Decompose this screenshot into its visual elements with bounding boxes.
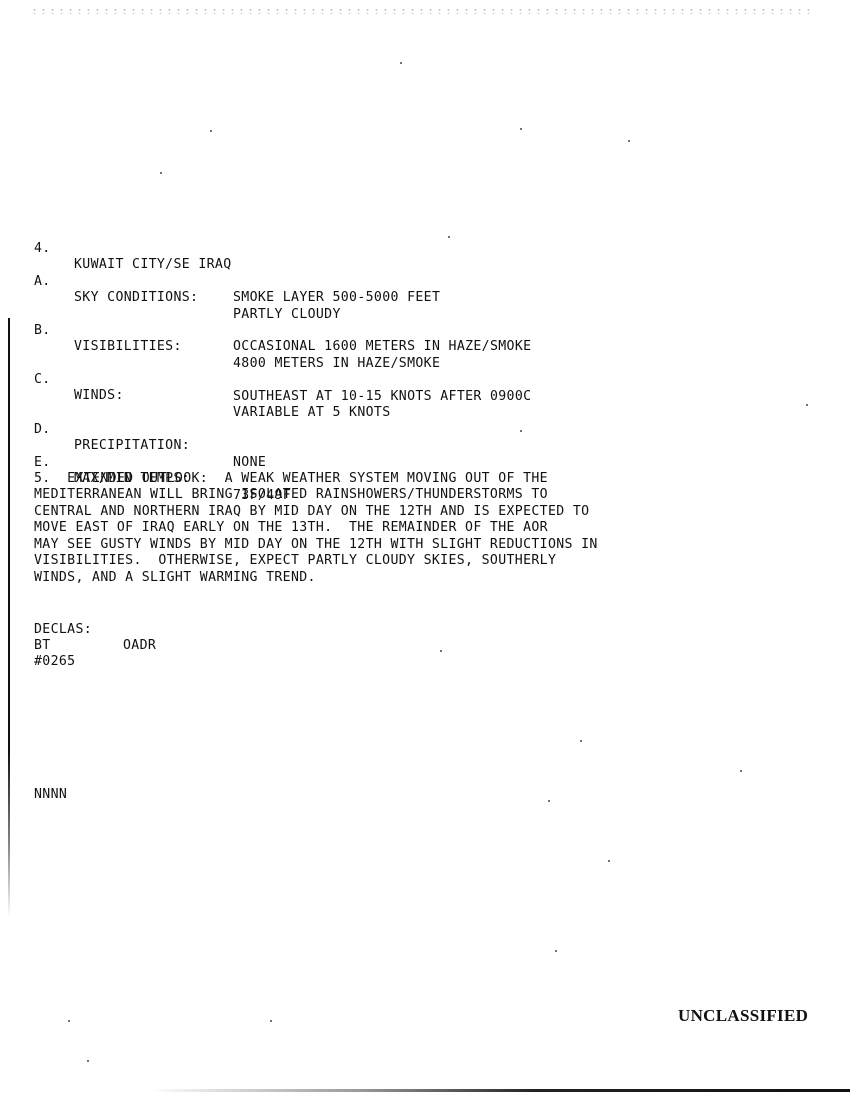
scan-noise	[30, 8, 810, 14]
declas-value: OADR	[123, 638, 156, 655]
bottom-scan-edge	[150, 1089, 850, 1092]
item-value: SOUTHEAST AT 10-15 KNOTS AFTER 0900C	[233, 389, 531, 406]
scan-speck	[520, 430, 522, 432]
item-value: SMOKE LAYER 500-5000 FEET	[233, 290, 440, 307]
break-marker: BT	[34, 638, 51, 655]
scan-speck	[580, 740, 582, 742]
outlook-line: 5. EXTENDED OUTLOOK: A WEAK WEATHER SYST…	[34, 471, 548, 488]
outlook-line: MEDITERRANEAN WILL BRING ISOLATED RAINSH…	[34, 487, 548, 504]
scan-speck	[440, 650, 442, 652]
scan-speck	[555, 950, 557, 952]
scan-speck	[806, 404, 808, 406]
scan-speck	[608, 860, 610, 862]
scan-speck	[68, 1020, 70, 1022]
item-letter: D.	[34, 422, 51, 439]
item-value: OCCASIONAL 1600 METERS IN HAZE/SMOKE	[233, 339, 531, 356]
scan-speck	[740, 770, 742, 772]
classification-marking: UNCLASSIFIED	[678, 1006, 808, 1026]
outlook-line: MAY SEE GUSTY WINDS BY MID DAY ON THE 12…	[34, 537, 598, 554]
declas-label: DECLAS:	[34, 622, 92, 639]
scan-speck	[548, 800, 550, 802]
declassification-line: DECLAS: OADR	[0, 605, 856, 671]
outlook-line: VISIBILITIES. OTHERWISE, EXPECT PARTLY C…	[34, 553, 556, 570]
end-of-message: NNNN	[34, 787, 67, 804]
message-number: #0265	[34, 654, 75, 671]
outlook-line: WINDS, AND A SLIGHT WARMING TREND.	[34, 570, 316, 587]
section-number: 4.	[34, 241, 51, 258]
scan-speck	[448, 236, 450, 238]
item-letter: E.	[34, 455, 51, 472]
scan-speck	[400, 62, 402, 64]
outlook-line: CENTRAL AND NORTHERN IRAQ BY MID DAY ON …	[34, 504, 589, 521]
outlook-line: MOVE EAST OF IRAQ EARLY ON THE 13TH. THE…	[34, 520, 548, 537]
scan-speck	[520, 128, 522, 130]
document-page: 4. KUWAIT CITY/SE IRAQ A. SKY CONDITIONS…	[0, 0, 856, 1104]
scan-speck	[628, 140, 630, 142]
scan-speck	[87, 1060, 89, 1062]
scan-speck	[270, 1020, 272, 1022]
scan-speck	[210, 130, 212, 132]
scan-speck	[160, 172, 162, 174]
